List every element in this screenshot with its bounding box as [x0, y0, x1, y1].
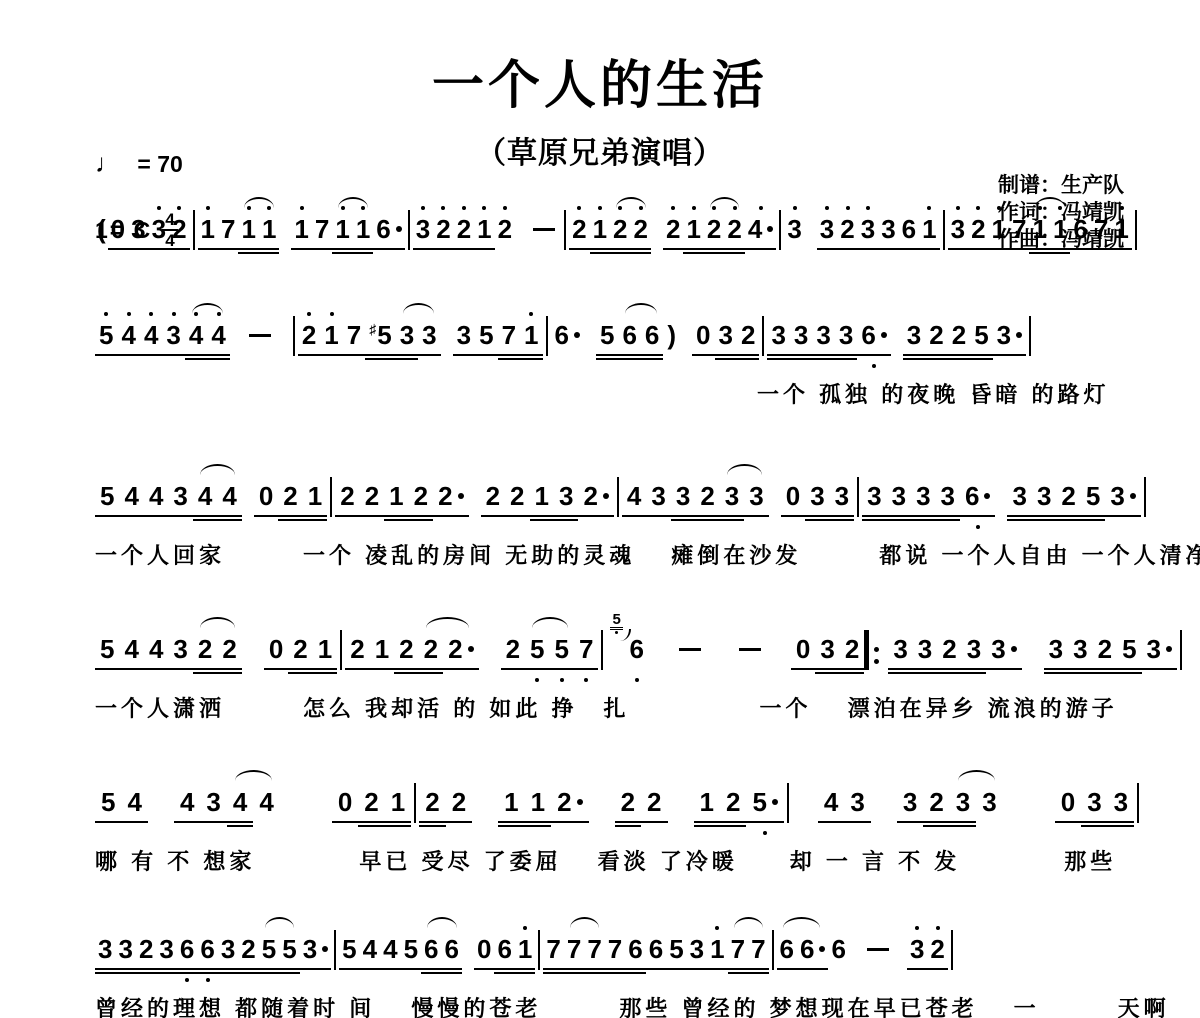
note-digit: 1: [686, 212, 700, 246]
octave-dot-below-zone: [704, 256, 724, 266]
note: 3: [887, 463, 911, 533]
note: 3: [671, 463, 695, 533]
octave-dot-below-zone: [217, 676, 241, 686]
note-value: 1: [683, 212, 703, 246]
octave-dot-above-zone: [242, 302, 278, 318]
note-value: 6: [857, 318, 890, 352]
octave-dot-above-zone: [168, 463, 192, 479]
octave-dot-below-zone: [343, 362, 365, 372]
octave-dot-above-zone: [320, 302, 342, 318]
barline-mark: [951, 930, 953, 970]
octave-dot-above: [441, 206, 445, 210]
beam-underline: [840, 668, 864, 670]
duration-dash: [533, 228, 555, 231]
beam-underline: [694, 825, 720, 827]
beam-underlines: [844, 819, 870, 829]
note-value: 3: [715, 318, 737, 352]
beam-underline: [936, 515, 960, 517]
beam-underlines: [168, 666, 192, 676]
octave-dot-above-zone: [694, 769, 720, 785]
beam-underlines: [144, 513, 168, 523]
note: 3: [1068, 616, 1092, 686]
barline: [290, 302, 298, 356]
note: 3: [453, 302, 475, 372]
beam-underline: [185, 354, 207, 356]
note-digit: 4: [124, 479, 138, 513]
beam-underlines: [695, 513, 719, 523]
note: 3: [835, 302, 857, 372]
barline-mark: [1029, 316, 1031, 356]
octave-dot-below-zone: [720, 829, 746, 839]
beam-underline: [95, 354, 117, 356]
note-value: 3: [844, 785, 870, 819]
note-value: 1: [525, 785, 551, 819]
note-value: 6: [494, 932, 514, 966]
note-digit: 6: [861, 318, 875, 352]
note-value: 5: [95, 785, 121, 819]
octave-dot-below-zone: [401, 976, 421, 986]
beam-underline: [475, 354, 497, 356]
note-digit: 2: [634, 212, 648, 246]
note-digit: 5: [377, 318, 391, 352]
octave-dot-above-zone: [596, 302, 618, 318]
note-value: 4: [253, 785, 279, 819]
barline: [784, 769, 792, 823]
octave-dot-above-zone: [409, 463, 433, 479]
beam-underlines: [781, 513, 805, 523]
beam-underlines: [156, 966, 176, 976]
beam-underline: [149, 248, 169, 250]
note: 1: [384, 463, 408, 533]
beam-underlines: [784, 246, 804, 256]
octave-dot-below-zone: [835, 362, 857, 372]
note-value: 4: [217, 479, 241, 513]
beam-underline: [95, 821, 121, 823]
octave-dot-below-zone: [899, 256, 919, 266]
beam-underline: [1081, 821, 1107, 823]
note-value: 3: [396, 318, 418, 352]
note-value: 3: [911, 479, 935, 513]
note-value: 4: [227, 785, 253, 819]
note-value: 7: [343, 318, 365, 352]
note: 3: [790, 302, 812, 372]
note-value: 2: [631, 212, 651, 246]
note-value: 2: [578, 479, 613, 513]
octave-dot-below-zone: [641, 362, 663, 372]
note-digit: 3: [422, 318, 436, 352]
octave-dot-above-zone: [578, 463, 613, 479]
octave-dot-below-zone: [962, 676, 986, 686]
note: 3: [817, 196, 837, 266]
beam-underlines: [550, 666, 574, 676]
sharp-sign: ♯: [369, 322, 376, 336]
beam-underlines: [554, 513, 578, 523]
octave-dot-below-zone: [767, 362, 789, 372]
octave-dot-below-zone: [1056, 523, 1080, 533]
beam-underlines: [919, 246, 939, 256]
octave-dot-below-zone: [384, 523, 408, 533]
note-value: 3: [976, 785, 1002, 819]
beam-underlines: [200, 819, 226, 829]
octave-dot-below-zone: [288, 676, 312, 686]
note: 6: [1070, 196, 1090, 266]
beam-underlines: [1070, 246, 1090, 256]
beam-underlines: [520, 352, 542, 362]
octave-dot-above-zone: [731, 616, 769, 632]
note-digit: 2: [438, 479, 452, 513]
note: 3: [830, 463, 854, 533]
beam-underlines: [481, 513, 505, 523]
beam-underline: [177, 968, 197, 970]
barline: [1141, 463, 1149, 517]
note-digit: 3: [152, 212, 166, 246]
note: 1: [989, 196, 1009, 266]
note: 3: [554, 463, 578, 533]
beam-underlines: [454, 246, 474, 256]
beam-underline: [1068, 672, 1092, 674]
barline-mark: [330, 477, 332, 517]
note-digit: 5: [600, 318, 614, 352]
note-digit: 5: [100, 632, 114, 666]
note-value: 3: [1108, 785, 1134, 819]
note-digit: 3: [676, 479, 690, 513]
note-value: 3: [200, 785, 226, 819]
octave-dot-below-zone: [903, 362, 925, 372]
note-value: 6: [960, 479, 995, 513]
note-value: 6: [641, 318, 663, 352]
beam-underline: [177, 972, 197, 974]
octave-dot-below-zone: [433, 523, 468, 533]
song-title: 一个人的生活: [0, 58, 1200, 114]
beam-underline: [418, 354, 440, 356]
beam-underlines: [238, 966, 258, 976]
note-value: 3: [907, 932, 927, 966]
barline: [614, 463, 622, 517]
octave-dot-below-zone: [1068, 676, 1092, 686]
note-value: 3: [817, 212, 837, 246]
note-value: 6: [442, 932, 462, 966]
beam-underlines: [197, 966, 217, 976]
beam-underlines: [227, 819, 253, 829]
beam-underline: [95, 515, 119, 517]
note-value: 5: [339, 932, 359, 966]
note-digit: 1: [308, 479, 322, 513]
note: 2: [840, 616, 864, 686]
barline: [1134, 769, 1142, 823]
beam-underline: [790, 354, 812, 356]
beam-underline: [312, 248, 332, 250]
note: 7: [343, 302, 365, 372]
beam-underlines: [569, 246, 589, 256]
beam-underlines: [777, 966, 797, 976]
octave-dot-above-zone: [907, 916, 927, 932]
octave-dot-below-zone: [119, 523, 143, 533]
note-value: 2: [278, 479, 302, 513]
beam-underline: [259, 248, 279, 250]
beam-underline: [744, 515, 768, 517]
beam-underlines: [746, 819, 783, 829]
note-value: 3: [646, 479, 670, 513]
beam-underlines: [385, 819, 411, 829]
octave-dot-below-zone: [960, 523, 995, 533]
octave-dot-above-zone: [1044, 616, 1068, 632]
beam-underline: [128, 248, 148, 250]
octave-dot-above-zone: [817, 196, 837, 212]
note-digit: 6: [445, 932, 459, 966]
note-digit: 3: [910, 932, 924, 966]
octave-dot-above-zone: [671, 616, 709, 632]
beam-underline: [683, 248, 703, 250]
beam-underline: [687, 968, 707, 970]
note: 2: [136, 916, 156, 986]
beam-underline: [720, 821, 746, 823]
octave-dot-below-zone: [790, 362, 812, 372]
note: 3: [1007, 463, 1031, 533]
beam-underline: [421, 972, 441, 974]
beam-underline: [543, 972, 563, 974]
note-digit: 1: [593, 212, 607, 246]
octave-dot-above: [866, 206, 870, 210]
octave-dot-below-zone: [818, 829, 844, 839]
beam-underline: [564, 972, 584, 974]
augmentation-dot: [322, 946, 328, 952]
augmentation-dot: [1130, 493, 1136, 499]
octave-dot-above-zone: [1055, 769, 1081, 785]
beam-underlines: [380, 966, 400, 976]
beam-underline: [454, 248, 474, 250]
note-value: 0: [108, 212, 128, 246]
octave-dot-below-zone: [454, 256, 474, 266]
beam-underlines: [218, 966, 238, 976]
octave-dot-above-zone: [238, 916, 258, 932]
repeat-dots: [874, 640, 879, 664]
note: 4: [622, 463, 646, 533]
note-value: 3: [300, 932, 331, 966]
octave-dot-above-zone: [95, 916, 115, 932]
octave-dot-below: [584, 678, 588, 682]
note-digit: 1: [700, 785, 714, 819]
octave-dot-above-zone: [365, 302, 395, 318]
octave-dot-above-zone: [605, 916, 625, 932]
beam-underlines: [443, 666, 478, 676]
beam-underline: [515, 972, 535, 974]
note-value: [527, 212, 561, 246]
beam-underline: [835, 358, 857, 360]
beam-underline: [288, 668, 312, 670]
repeat-bar: [864, 630, 869, 670]
note-digit: 6: [200, 932, 214, 966]
octave-dot-below-zone: [121, 829, 147, 839]
octave-dot-below-zone: [744, 523, 768, 533]
beam-underline: [1068, 668, 1092, 670]
note-value: 2: [505, 479, 529, 513]
note: 6: [494, 916, 514, 986]
beam-underline: [174, 821, 200, 823]
note-value: 7: [312, 212, 332, 246]
beam-underline: [818, 821, 844, 823]
barline: [543, 302, 551, 356]
note: 2: [948, 302, 970, 372]
note: 2: [937, 616, 961, 686]
octave-dot-below-zone: [162, 362, 184, 372]
octave-dot-above-zone: [498, 302, 520, 318]
note-digit: 3: [651, 479, 665, 513]
note-digit: 0: [796, 632, 810, 666]
note-digit: 3: [173, 632, 187, 666]
beam-underlines: [494, 966, 514, 976]
octave-dot-above-zone: [1081, 463, 1105, 479]
beam-underlines: [115, 966, 135, 976]
note-value: 1: [1029, 212, 1049, 246]
note-digit: 3: [159, 932, 173, 966]
beam-underline: [936, 519, 960, 521]
octave-dot-below-zone: [578, 523, 613, 533]
note-value: 2: [610, 212, 630, 246]
note: 2: [923, 769, 949, 839]
octave-dot-below-zone: [149, 256, 169, 266]
beam-underlines: [530, 513, 554, 523]
beam-underline: [862, 519, 886, 521]
note-digit: 0: [1061, 785, 1075, 819]
beam-underlines: [641, 819, 667, 829]
beam-underline: [1029, 252, 1049, 254]
beam-underline: [300, 968, 331, 970]
beam-underlines: [193, 666, 217, 676]
note-value: 2: [358, 785, 384, 819]
note-value: 5: [259, 932, 279, 966]
octave-dot-above-zone: [962, 616, 986, 632]
note: 1: [1111, 196, 1131, 266]
barline: [1177, 616, 1185, 670]
note-digit: 0: [259, 479, 273, 513]
note-digit: 2: [613, 212, 627, 246]
octave-dot-above-zone: [474, 196, 494, 212]
beam-underlines: [551, 352, 584, 362]
beam-underlines: [303, 513, 327, 523]
beam-underlines: [791, 666, 815, 676]
note: 4: [117, 302, 139, 372]
octave-dot-below: [976, 525, 980, 529]
note-value: 2: [569, 212, 589, 246]
augmentation-dot: [396, 226, 402, 232]
octave-dot-below-zone: [948, 362, 970, 372]
note-digit: 2: [929, 785, 943, 819]
octave-dot-above: [330, 312, 334, 316]
octave-dot-above-zone: [298, 302, 320, 318]
beam-underline: [812, 354, 834, 356]
beam-underline: [781, 515, 805, 517]
beam-underline: [913, 672, 937, 674]
octave-dot-below-zone: [360, 523, 384, 533]
note-digit: 4: [363, 932, 377, 966]
beam-underlines: [817, 246, 837, 256]
octave-dot-above-zone: [264, 616, 288, 632]
octave-dot-above-zone: [1007, 463, 1031, 479]
octave-dot-below-zone: [525, 676, 549, 686]
octave-dot-above-zone: [115, 916, 135, 932]
note: 5: [746, 769, 783, 839]
beam-underline: [360, 515, 384, 517]
note-digit: 4: [259, 785, 273, 819]
octave-dot-below-zone: [259, 256, 279, 266]
octave-dot-above: [976, 206, 980, 210]
beam-underlines: [353, 246, 373, 256]
note-digit: 3: [907, 318, 921, 352]
beam-underlines: [136, 966, 156, 976]
octave-dot-above-zone: [174, 769, 200, 785]
repeat-start: [864, 616, 888, 670]
note: 4: [380, 916, 400, 986]
beam-underlines: [279, 966, 299, 976]
octave-dot-above-zone: [835, 302, 857, 318]
beam-underline: [498, 821, 524, 823]
note-value: 1: [320, 318, 342, 352]
beam-underlines: [419, 819, 445, 829]
note: 2: [409, 463, 433, 533]
note-digit: 2: [840, 212, 854, 246]
beam-underlines: [1055, 819, 1081, 829]
beam-underlines: [948, 352, 970, 362]
beam-underline: [715, 358, 737, 360]
note: 2: [358, 769, 384, 839]
note-value: (: [95, 212, 108, 246]
note: 3: [862, 463, 886, 533]
octave-dot-above-zone: [278, 463, 302, 479]
octave-dot-below-zone: [312, 256, 332, 266]
beam-underlines: [505, 513, 529, 523]
octave-dot-above: [956, 206, 960, 210]
beam-underlines: [878, 246, 898, 256]
beam-underline: [835, 354, 857, 356]
beam-underlines: [830, 513, 854, 523]
note-digit: 1: [1053, 212, 1067, 246]
note-digit: 2: [727, 212, 741, 246]
octave-dot-above-zone: [505, 463, 529, 479]
octave-dot-below-zone: [313, 676, 337, 686]
note-digit: 3: [820, 212, 834, 246]
beam-underline: [278, 519, 302, 521]
note-value: 3: [805, 479, 829, 513]
note: 2: [360, 463, 384, 533]
note-digit: 0: [696, 318, 710, 352]
octave-dot-above: [577, 206, 581, 210]
beam-underlines: [976, 819, 1002, 829]
beam-underline: [812, 358, 834, 360]
octave-dot-above-zone: [481, 463, 505, 479]
note-value: 3: [962, 632, 986, 666]
note-value: 2: [720, 785, 746, 819]
note: 1: [525, 769, 551, 839]
note-digit: 4: [198, 479, 212, 513]
octave-dot-below-zone: [897, 829, 923, 839]
octave-dot-below-zone: [948, 256, 968, 266]
augmentation-dot: [458, 493, 464, 499]
note: [527, 196, 561, 266]
note: 2: [663, 196, 683, 266]
beam-underlines: [339, 966, 359, 976]
note-value: 3: [1142, 632, 1177, 666]
barline-mark: [762, 316, 764, 356]
octave-dot-above-zone: [1111, 196, 1131, 212]
beam-underline: [631, 252, 651, 254]
note-value: 6: [551, 318, 584, 352]
octave-dot-below-zone: [498, 362, 520, 372]
octave-dot-above-zone: [707, 916, 727, 932]
octave-dot-below-zone: [837, 256, 857, 266]
note-value: 4: [207, 318, 229, 352]
beam-underline: [218, 248, 238, 250]
beam-underline: [156, 972, 176, 974]
